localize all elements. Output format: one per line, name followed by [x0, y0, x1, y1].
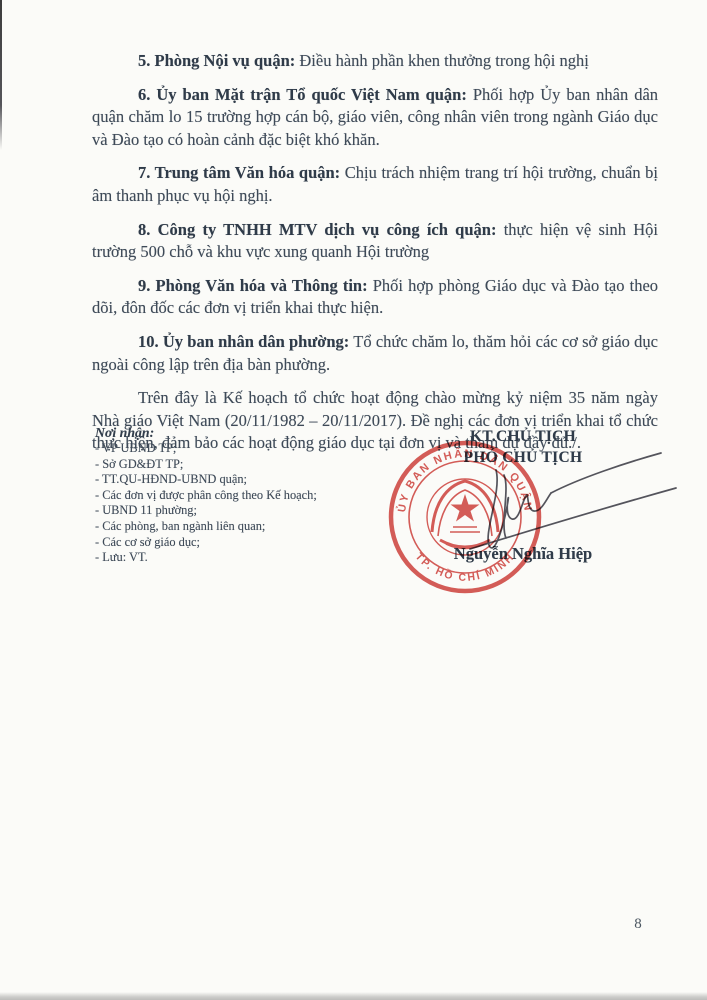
document-body: 5. Phòng Nội vụ quận: Điều hành phần khe… [92, 50, 658, 466]
section-item-6: 6. Ủy ban Mặt trận Tổ quốc Việt Nam quận… [92, 84, 658, 152]
recipient-item: - Các phòng, ban ngành liên quan; [95, 519, 395, 535]
scan-edge-left [0, 0, 2, 150]
recipient-item: - Lưu: VT. [95, 550, 395, 566]
recipients-block: Nơi nhận: - VP UBND TP; - Sở GD&ĐT TP; -… [95, 424, 395, 566]
section-item-5: 5. Phòng Nội vụ quận: Điều hành phần khe… [92, 50, 658, 73]
section-item-7: 7. Trung tâm Văn hóa quận: Chịu trách nh… [92, 162, 658, 207]
recipient-item: - Các cơ sở giáo dục; [95, 535, 395, 551]
handwritten-signature [430, 430, 700, 580]
section-label: 9. Phòng Văn hóa và Thông tin: [138, 276, 368, 295]
recipients-heading: Nơi nhận: [95, 424, 395, 441]
scan-edge-bottom [0, 992, 707, 1000]
recipient-item: - Các đơn vị được phân công theo Kế hoạc… [95, 488, 395, 504]
recipient-item: - Sở GD&ĐT TP; [95, 457, 395, 473]
section-text: Điều hành phần khen thưởng trong hội ngh… [299, 51, 588, 70]
section-label: 8. Công ty TNHH MTV dịch vụ công ích quậ… [138, 220, 496, 239]
recipient-item: - UBND 11 phường; [95, 503, 395, 519]
section-label: 10. Ủy ban nhân dân phường: [138, 332, 349, 351]
section-label: 5. Phòng Nội vụ quận: [138, 51, 295, 70]
section-item-8: 8. Công ty TNHH MTV dịch vụ công ích quậ… [92, 219, 658, 264]
page-number: 8 [626, 916, 650, 933]
recipient-item: - TT.QU-HĐND-UBND quận; [95, 472, 395, 488]
section-item-10: 10. Ủy ban nhân dân phường: Tổ chức chăm… [92, 331, 658, 376]
scanned-document-page: 5. Phòng Nội vụ quận: Điều hành phần khe… [0, 0, 707, 1000]
section-item-9: 9. Phòng Văn hóa và Thông tin: Phối hợp … [92, 275, 658, 320]
section-label: 6. Ủy ban Mặt trận Tổ quốc Việt Nam quận… [138, 85, 467, 104]
recipient-item: - VP UBND TP; [95, 441, 395, 457]
section-label: 7. Trung tâm Văn hóa quận: [138, 163, 340, 182]
